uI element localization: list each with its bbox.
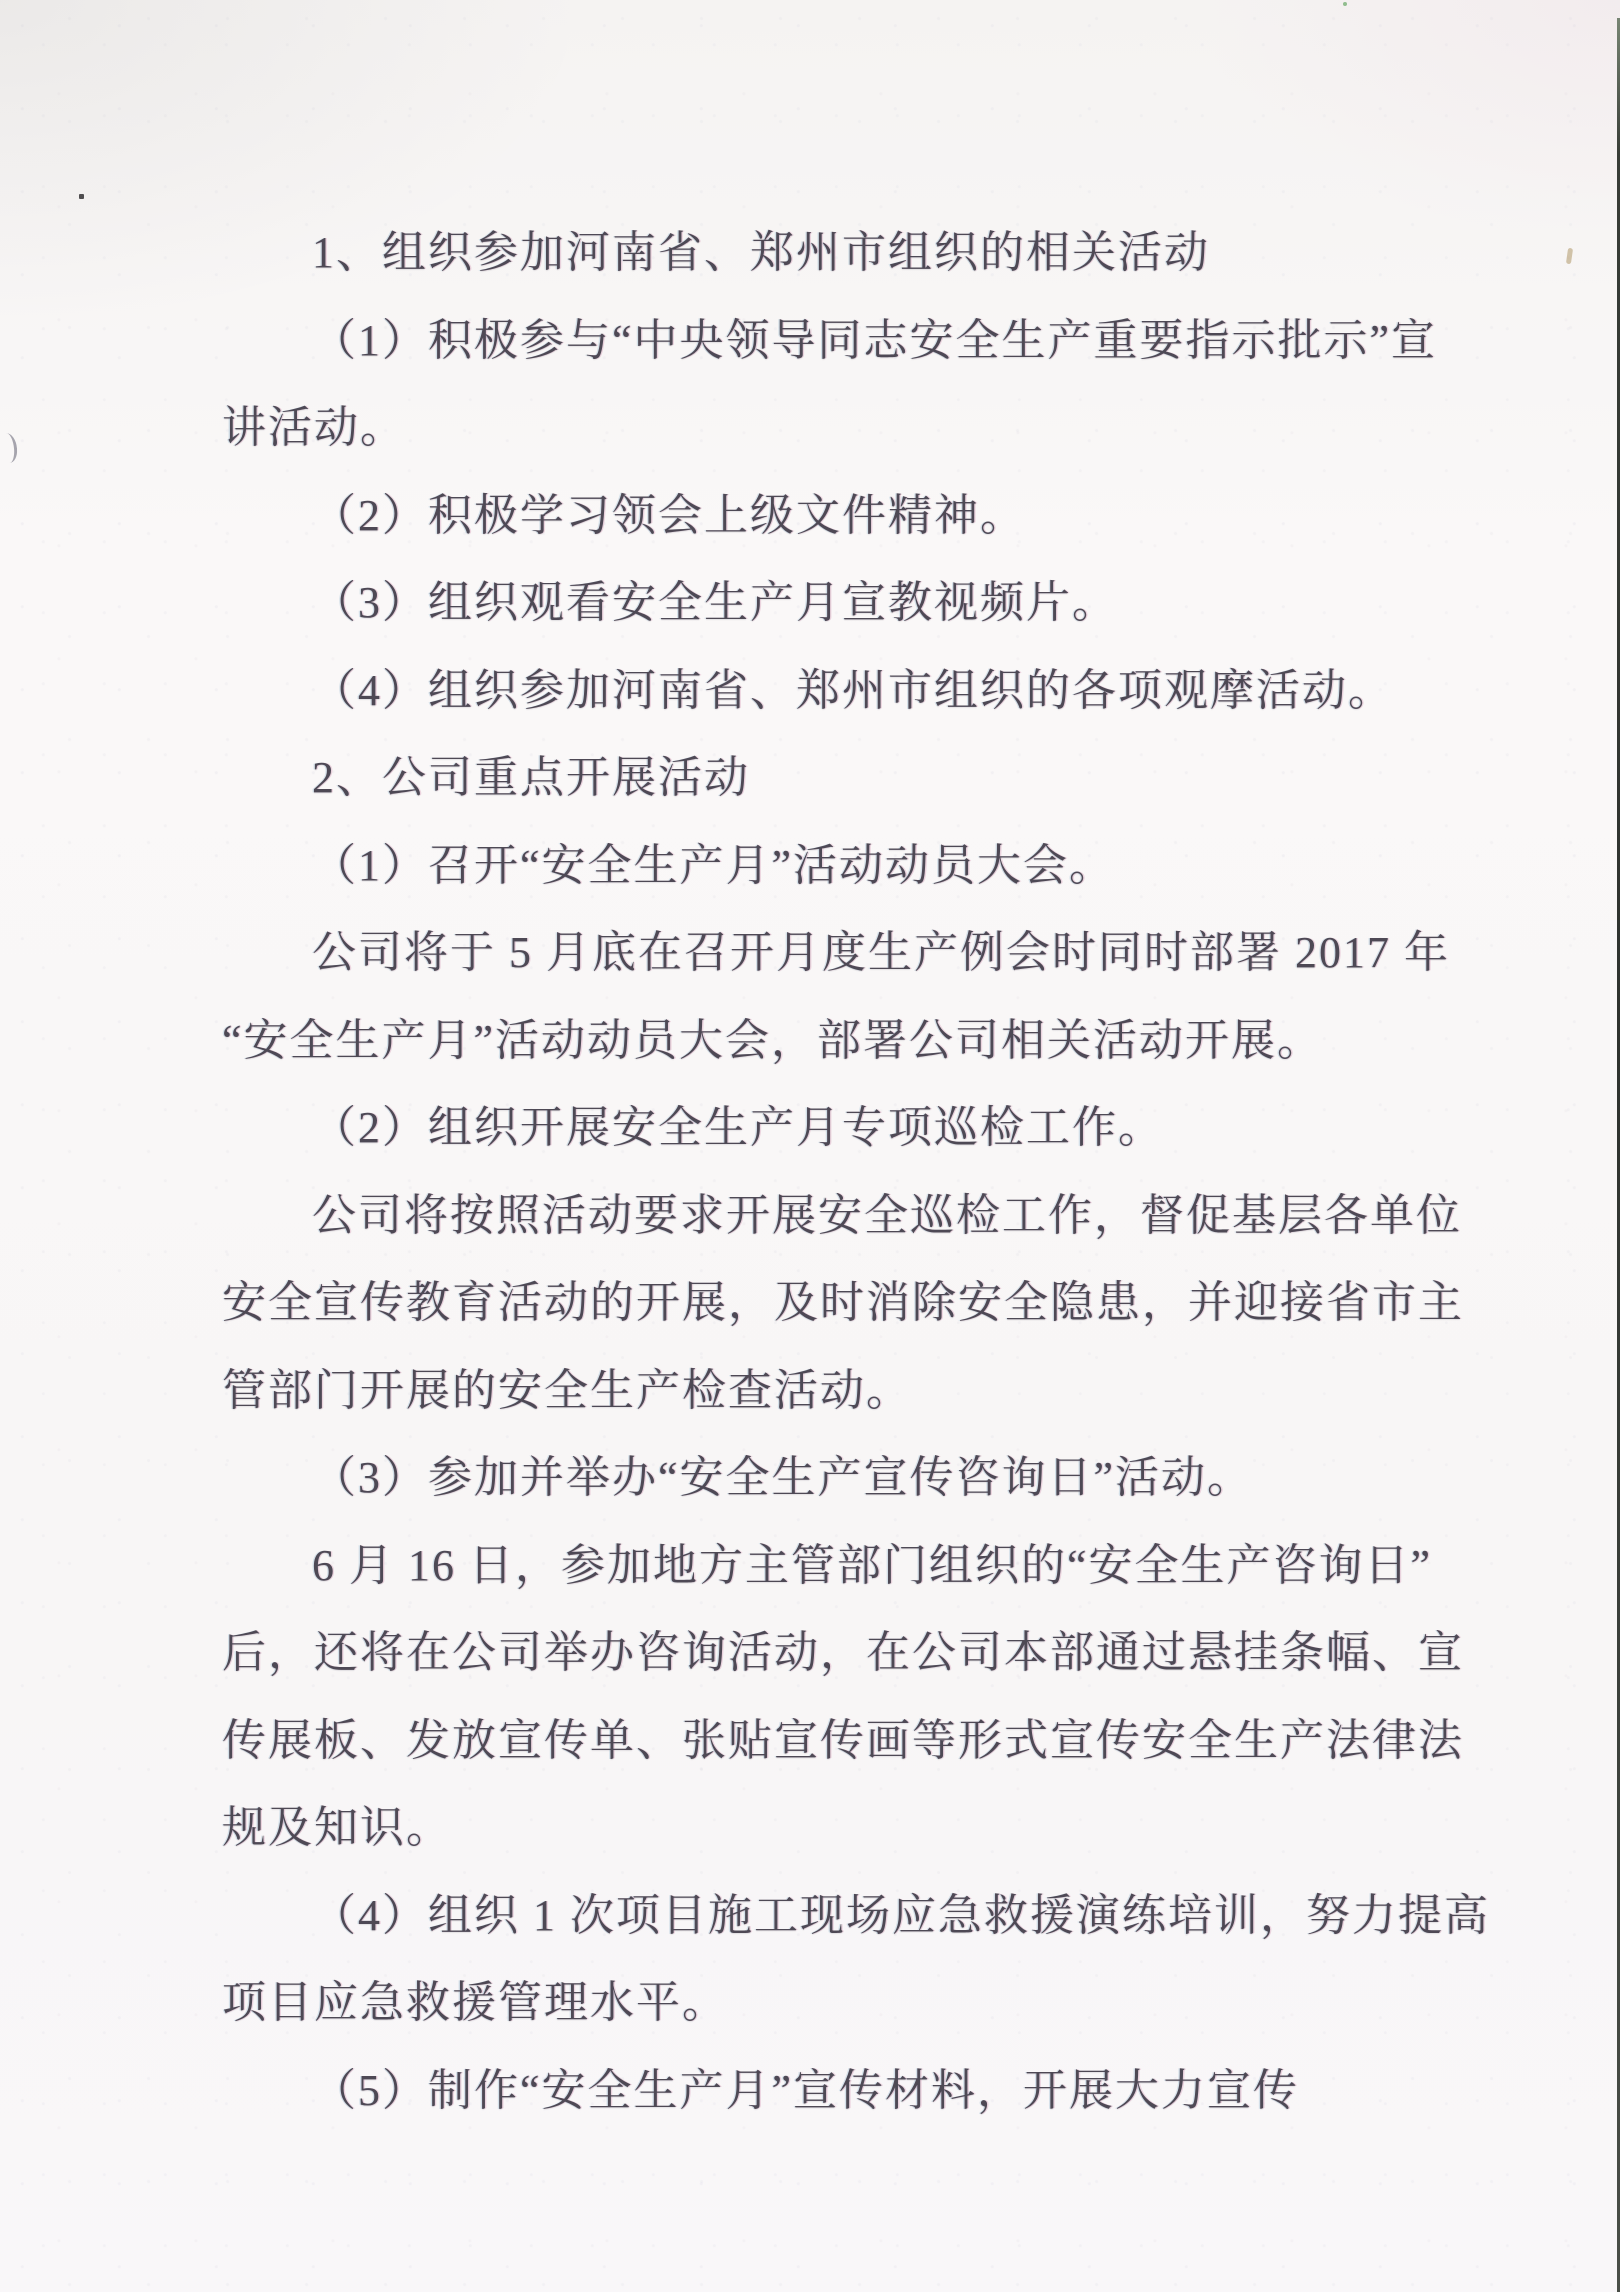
text-line: （2）组织开展安全生产月专项巡检工作。: [312, 1103, 1164, 1153]
scan-speck: [79, 194, 84, 199]
text-line: （4）组织参加河南省、郑州市组织的各项观摩活动。: [312, 666, 1394, 716]
text-line: （5）制作“安全生产月”宣传材料，开展大力宣传: [312, 2066, 1299, 2116]
scan-speck: [1343, 2, 1347, 6]
text-line: 2、公司重点开展活动: [312, 753, 750, 803]
text-line: 公司将于 5 月底在召开月度生产例会时同时部署 2017 年: [312, 928, 1450, 978]
text-line: 6 月 16 日，参加地方主管部门组织的“安全生产咨询日”: [312, 1541, 1432, 1591]
text-line: 公司将按照活动要求开展安全巡检工作，督促基层各单位: [312, 1191, 1462, 1241]
text-line: （1）积极参与“中央领导同志安全生产重要指示批示”宣: [312, 316, 1437, 366]
scanned-document-page: 1、组织参加河南省、郑州市组织的相关活动（1）积极参与“中央领导同志安全生产重要…: [0, 0, 1620, 2292]
text-line: “安全生产月”活动动员大会，部署公司相关活动开展。: [222, 1016, 1323, 1066]
text-line: （4）组织 1 次项目施工现场应急救援演练培训，努力提高: [312, 1891, 1490, 1941]
text-line: 规及知识。: [222, 1803, 452, 1853]
scan-speck: [1566, 248, 1573, 265]
text-line: 项目应急救援管理水平。: [222, 1978, 728, 2028]
text-line: （1）召开“安全生产月”活动动员大会。: [312, 841, 1115, 891]
scan-scratch-mark: [2, 433, 18, 464]
text-line: （3）组织观看安全生产月宣教视频片。: [312, 578, 1118, 628]
text-line: 传展板、发放宣传单、张贴宣传画等形式宣传安全生产法律法: [222, 1716, 1464, 1766]
text-line: 后，还将在公司举办咨询活动，在公司本部通过悬挂条幅、宣: [222, 1628, 1464, 1678]
text-line: 1、组织参加河南省、郑州市组织的相关活动: [312, 228, 1210, 278]
text-line: 安全宣传教育活动的开展，及时消除安全隐患，并迎接省市主: [222, 1278, 1464, 1328]
text-line: 讲活动。: [222, 403, 406, 453]
text-line: （3）参加并举办“安全生产宣传咨询日”活动。: [312, 1453, 1253, 1503]
text-line: 管部门开展的安全生产检查活动。: [222, 1366, 912, 1416]
text-line: （2）积极学习领会上级文件精神。: [312, 491, 1026, 541]
